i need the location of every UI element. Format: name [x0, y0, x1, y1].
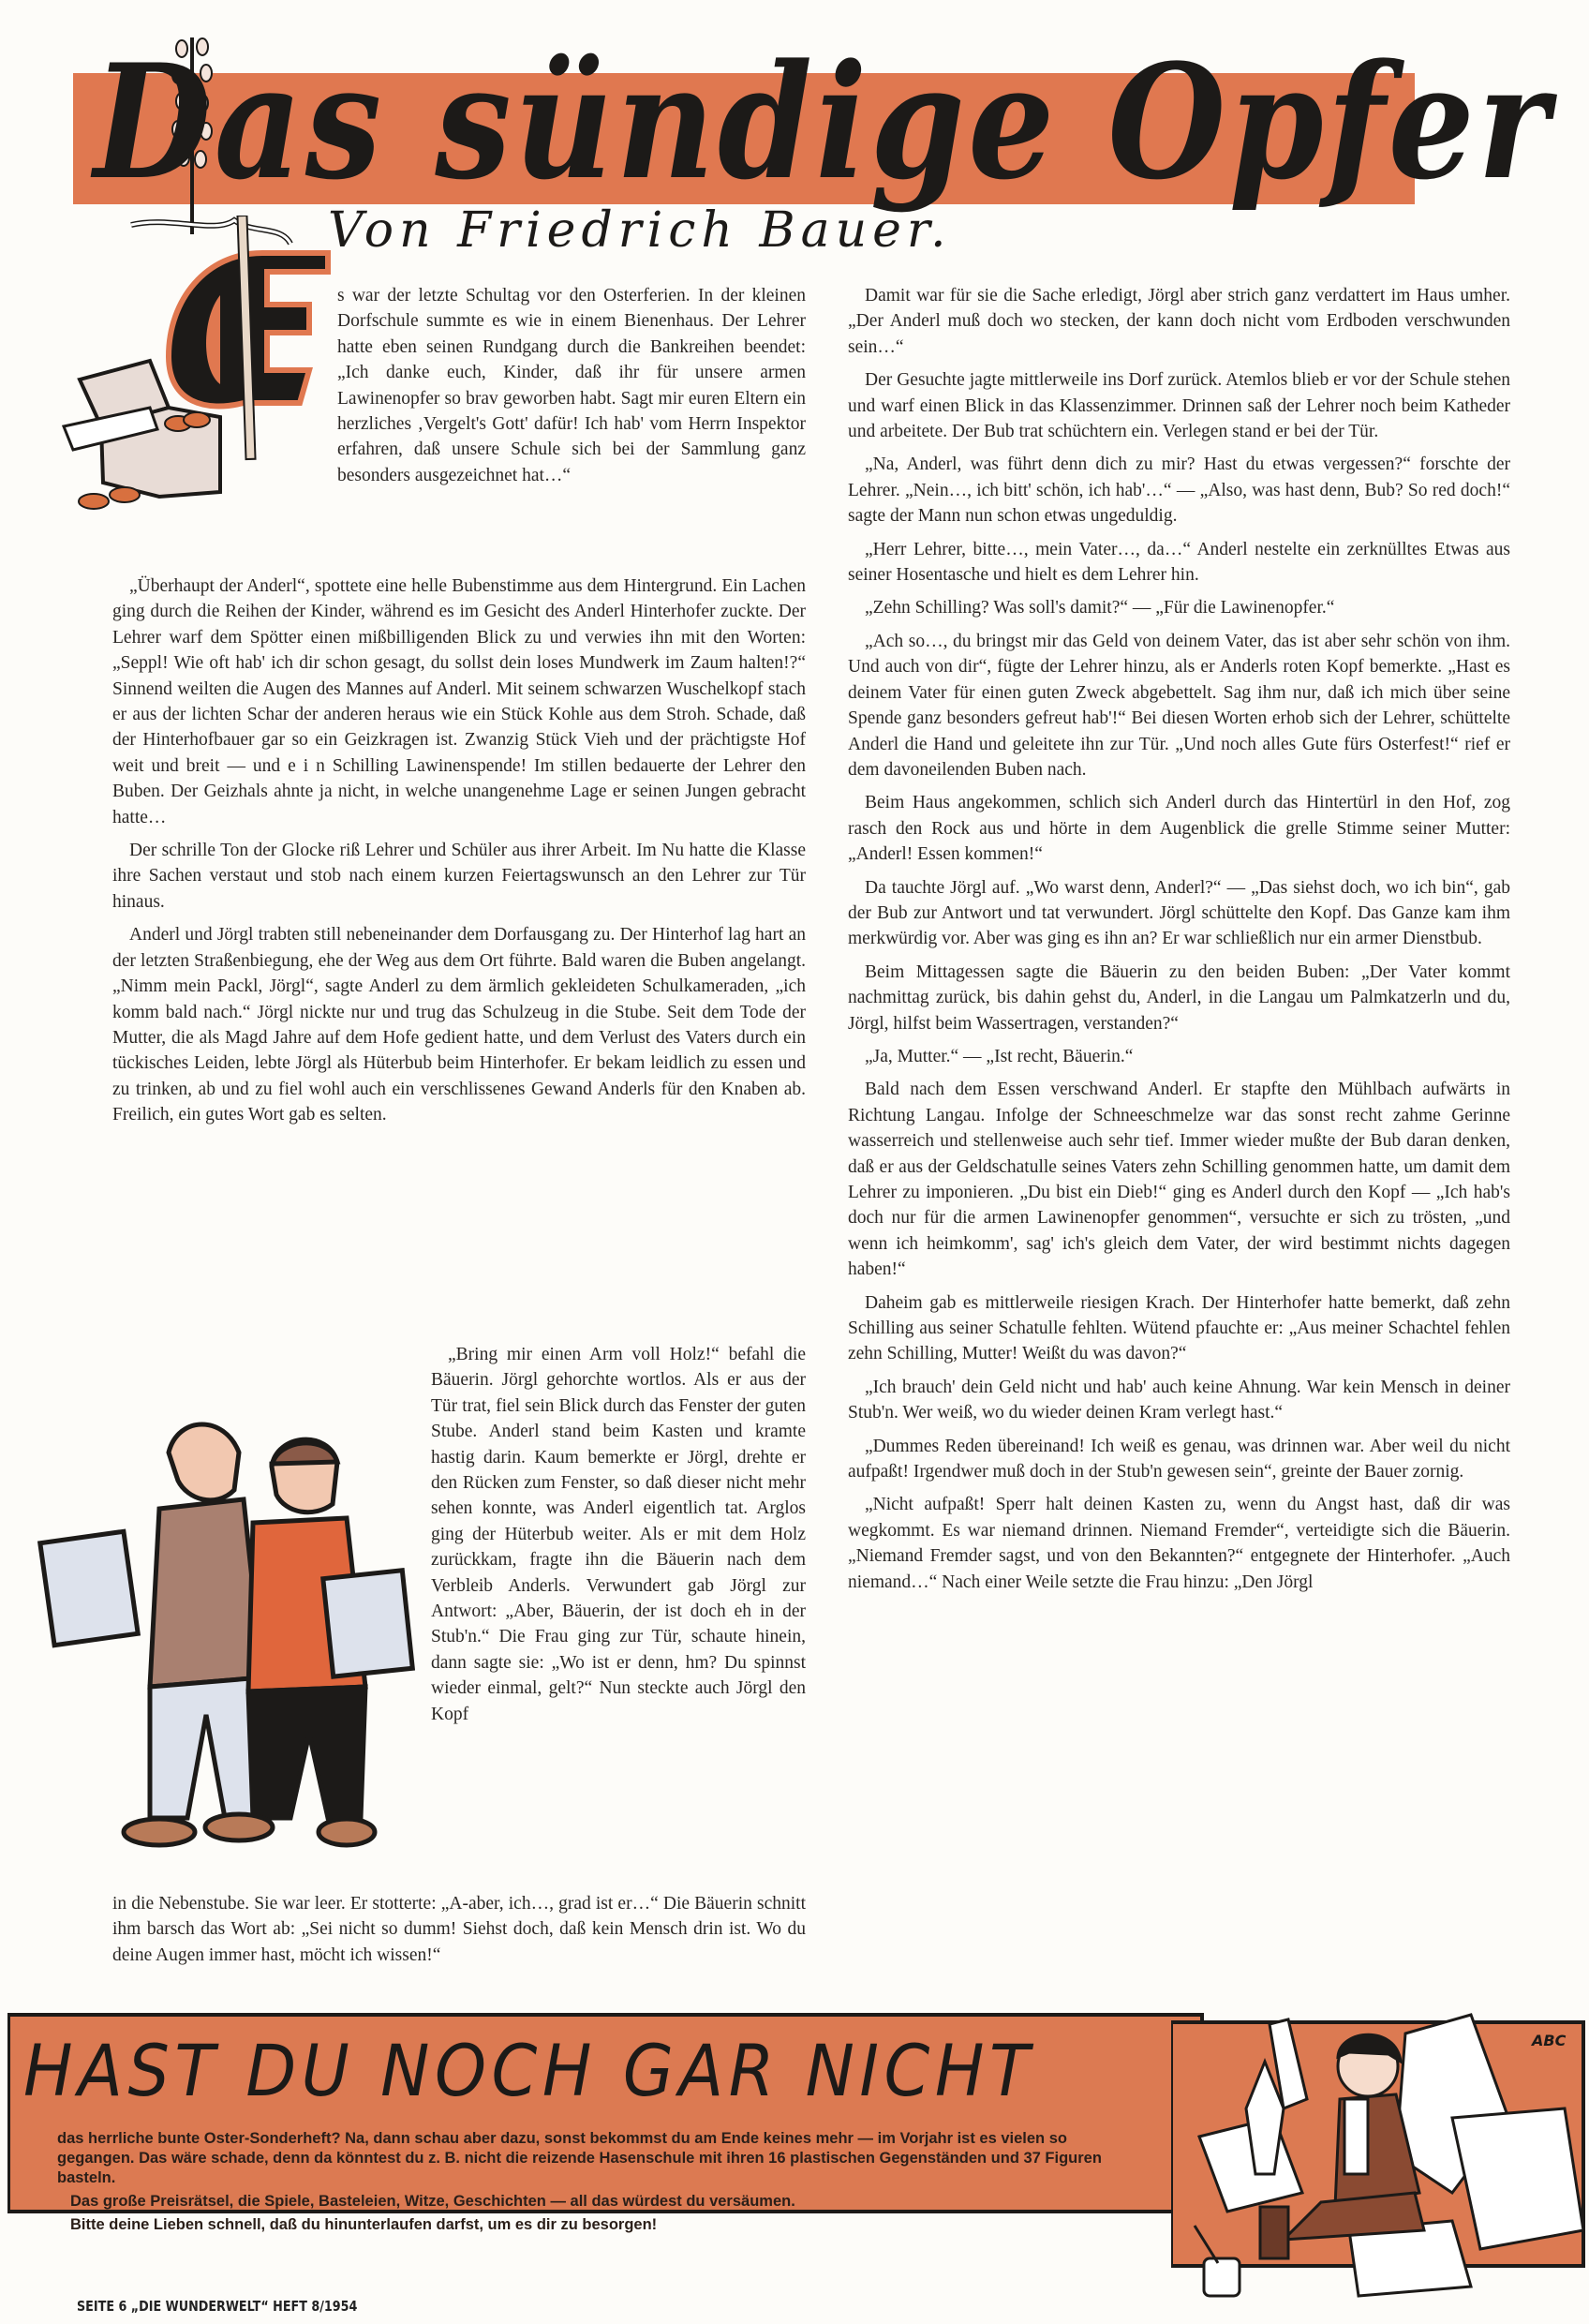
article-column-left-bottom: in die Nebenstube. Sie war leer. Er stot…: [112, 1891, 806, 1975]
ribbon-icon: [131, 220, 290, 244]
article-paragraph: Beim Mittagessen sagte die Bäuerin zu de…: [848, 960, 1510, 1036]
article-paragraph: Der Gesuchte jagte mittlerweile ins Dorf…: [848, 367, 1510, 444]
article-paragraph: „Dummes Reden übereinand! Ich weiß es ge…: [848, 1434, 1510, 1485]
ad-paragraph: Bitte deine Lieben schnell, daß du hinun…: [57, 2215, 1135, 2235]
article-paragraph: „Zehn Schilling? Was soll's damit?“ — „F…: [848, 595, 1510, 620]
article-title: Das sündige Opfer: [94, 19, 1238, 225]
article-paragraph: „Ja, Mutter.“ — „Ist recht, Bäuerin.“: [848, 1044, 1510, 1069]
page-footer: SEITE 6 „DIE WUNDERWELT“ HEFT 8/1954: [77, 2298, 357, 2315]
article-paragraph: Der schrille Ton der Glocke riß Lehrer u…: [112, 838, 806, 915]
article-paragraph: Da tauchte Jörgl auf. „Wo warst denn, An…: [848, 875, 1510, 952]
article-paragraph: „Herr Lehrer, bitte…, mein Vater…, da…“ …: [848, 537, 1510, 588]
ad-body: das herrliche bunte Oster-Sonderheft? Na…: [57, 2129, 1135, 2239]
article-column-left: „Überhaupt der Anderl“, spottete eine he…: [112, 574, 806, 1136]
ad-paragraph: das herrliche bunte Oster-Sonderheft? Na…: [57, 2129, 1135, 2188]
article-paragraph: „Überhaupt der Anderl“, spottete eine he…: [112, 574, 806, 830]
article-paragraph: Bald nach dem Essen verschwand Anderl. E…: [848, 1077, 1510, 1282]
article-column-left-wrap: „Bring mir einen Arm voll Holz!“ befahl …: [431, 1342, 806, 1735]
article-paragraph: „Na, Anderl, was führt denn dich zu mir?…: [848, 452, 1510, 529]
illustration-signature: ABC: [1532, 2032, 1566, 2049]
ad-headline: HAST DU NOCH GAR NICHT: [23, 2024, 1101, 2118]
article-paragraph: „Ach so…, du bringst mir das Geld von de…: [848, 629, 1510, 782]
article-paragraph: „Bring mir einen Arm voll Holz!“ befahl …: [431, 1342, 806, 1727]
article-paragraph: Damit war für sie die Sache erledigt, Jö…: [848, 283, 1510, 360]
article-byline: Von Friedrich Bauer.: [328, 202, 952, 259]
initial-e-moneybox-illustration: [28, 216, 337, 534]
article-column-right: Damit war für sie die Sache erledigt, Jö…: [848, 283, 1510, 1602]
advertisement-banner: HAST DU NOCH GAR NICHT das herrliche bun…: [7, 2013, 1204, 2213]
article-paragraph: Anderl und Jörgl trabten still nebeneina…: [112, 922, 806, 1127]
two-boys-illustration: [37, 1378, 422, 1865]
article-column-left-intro: s war der letzte Schultag vor den Osterf…: [337, 283, 806, 496]
article-paragraph: s war der letzte Schultag vor den Osterf…: [337, 283, 806, 488]
article-paragraph: Beim Haus angekommen, schlich sich Ander…: [848, 790, 1510, 867]
article-paragraph: in die Nebenstube. Sie war leer. Er stot…: [112, 1891, 806, 1968]
ad-paragraph: Das große Preisrätsel, die Spiele, Baste…: [57, 2192, 1135, 2212]
boy-cutting-paper-illustration: [1171, 2005, 1589, 2315]
article-paragraph: „Nicht aufpaßt! Sperr halt deinen Kasten…: [848, 1492, 1510, 1595]
article-paragraph: „Ich brauch' dein Geld nicht und hab' au…: [848, 1375, 1510, 1426]
article-paragraph: Daheim gab es mittlerweile riesigen Krac…: [848, 1290, 1510, 1367]
